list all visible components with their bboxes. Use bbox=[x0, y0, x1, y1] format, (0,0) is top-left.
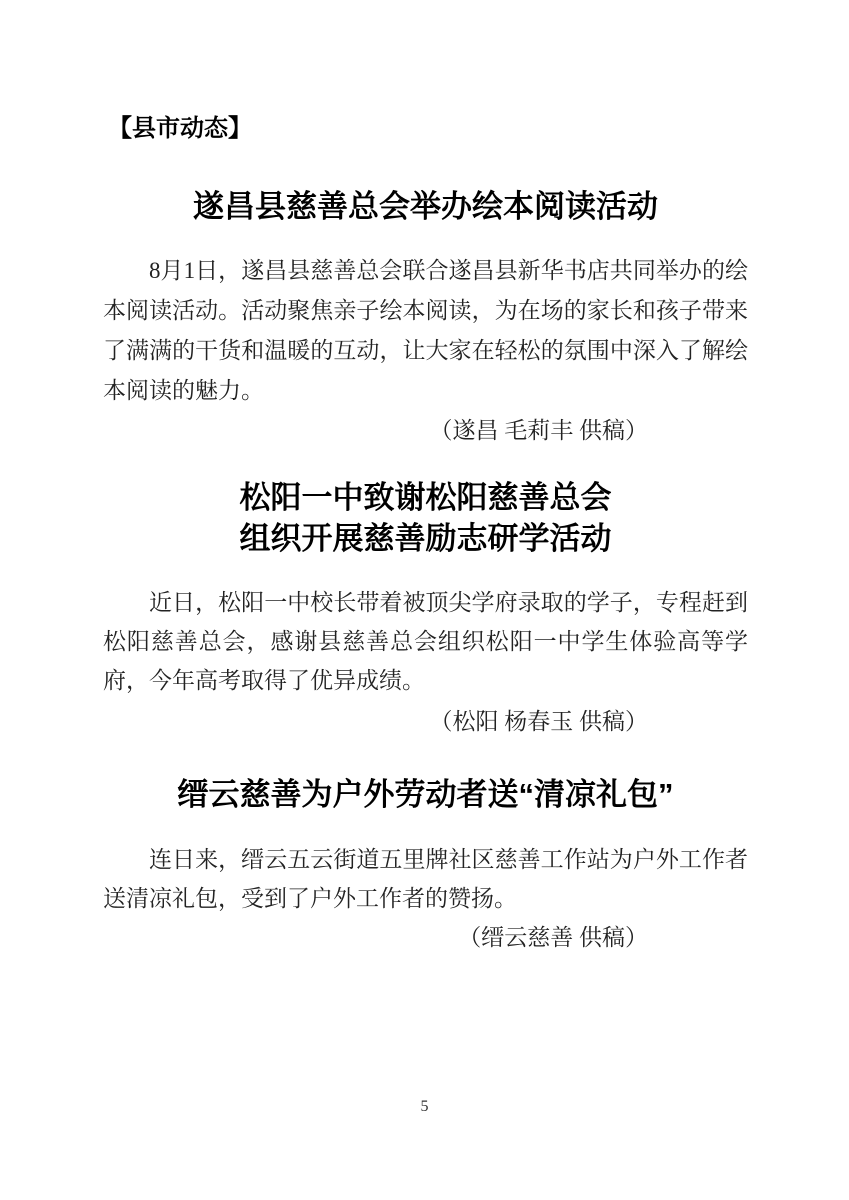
document-page: 【县市动态】 遂昌县慈善总会举办绘本阅读活动 8月1日，遂昌县慈善总会联合遂昌县… bbox=[0, 0, 849, 1200]
article-1-title: 遂昌县慈善总会举办绘本阅读活动 bbox=[103, 186, 748, 227]
article-3-body: 连日来，缙云五云街道五里牌社区慈善工作站为户外工作者送清凉礼包，受到了户外工作者… bbox=[103, 840, 748, 918]
article-1-attribution: （遂昌 毛莉丰 供稿） bbox=[103, 411, 748, 451]
page-number: 5 bbox=[0, 1096, 849, 1118]
article-1: 遂昌县慈善总会举办绘本阅读活动 8月1日，遂昌县慈善总会联合遂昌县新华书店共同举… bbox=[103, 186, 748, 451]
section-header: 【县市动态】 bbox=[108, 112, 748, 146]
page-content: 【县市动态】 遂昌县慈善总会举办绘本阅读活动 8月1日，遂昌县慈善总会联合遂昌县… bbox=[103, 0, 748, 958]
article-2-title: 松阳一中致谢松阳慈善总会组织开展慈善励志研学活动 bbox=[103, 477, 748, 559]
article-2: 松阳一中致谢松阳慈善总会组织开展慈善励志研学活动 近日，松阳一中校长带着被顶尖学… bbox=[103, 477, 748, 742]
article-3-attribution: （缙云慈善 供稿） bbox=[103, 918, 748, 958]
article-3-title: 缙云慈善为户外劳动者送“清凉礼包” bbox=[103, 774, 748, 815]
article-1-body: 8月1日，遂昌县慈善总会联合遂昌县新华书店共同举办的绘本阅读活动。活动聚焦亲子绘… bbox=[103, 251, 748, 411]
article-2-attribution: （松阳 杨春玉 供稿） bbox=[103, 702, 748, 742]
article-2-body: 近日，松阳一中校长带着被顶尖学府录取的学子，专程赶到松阳慈善总会，感谢县慈善总会… bbox=[103, 583, 748, 700]
article-3: 缙云慈善为户外劳动者送“清凉礼包” 连日来，缙云五云街道五里牌社区慈善工作站为户… bbox=[103, 774, 748, 958]
article-2-title-line-2: 组织开展慈善励志研学活动 bbox=[240, 521, 612, 556]
article-2-title-line-1: 松阳一中致谢松阳慈善总会 bbox=[240, 480, 612, 515]
